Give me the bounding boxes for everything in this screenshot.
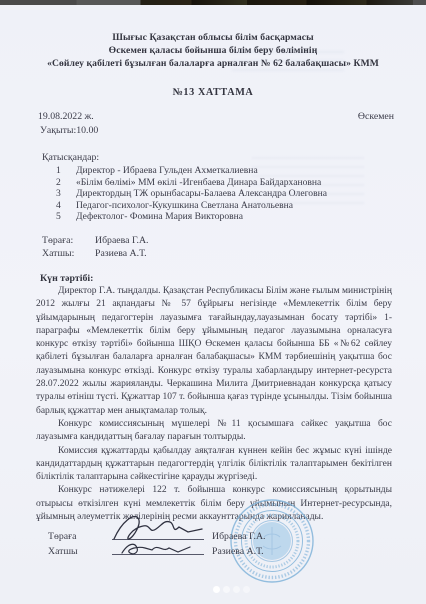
date-city-row: 19.08.2022 ж. Өскемен bbox=[38, 111, 394, 122]
participant-row: 1Директор - Ибраева Гульден Ахметкалиевн… bbox=[56, 165, 426, 177]
secretary-label: Хатшы: bbox=[42, 247, 95, 261]
participant-text: Директордың ТЖ орынбасары-Балаева Алекса… bbox=[76, 188, 327, 200]
document-title: №13 ХАТТАМА bbox=[0, 87, 426, 98]
chair-row: Төраға: Ибраева Г.А. bbox=[42, 234, 426, 248]
agenda-heading: Күн тәртібі: bbox=[40, 273, 426, 284]
chair-signature-row: Төраға Ибраева Г.А. bbox=[48, 527, 378, 542]
signature-block: Төраға Ибраева Г.А. Хатшы Разиева А.Т. bbox=[48, 527, 378, 557]
agenda-paragraph: Директор Г.А. тыңдалды. Қазақстан Респуб… bbox=[36, 285, 392, 418]
agenda-paragraph: Комиссия құжаттарды қабылдау аяқталған к… bbox=[36, 445, 392, 485]
header-line: «Сөйлеу қабілеті бұзылған балаларға арна… bbox=[0, 57, 426, 70]
secretary-name: Разиева А.Т. bbox=[95, 247, 147, 261]
chair-name: Ибраева Г.А. bbox=[95, 234, 148, 248]
participant-number: 3 bbox=[56, 188, 76, 200]
participant-number: 4 bbox=[56, 200, 76, 212]
secretary-signature-icon bbox=[108, 540, 198, 558]
participant-text: Дефектолог- Фомина Мария Викторовна bbox=[76, 211, 243, 223]
participant-number: 5 bbox=[56, 211, 76, 223]
document-date: 19.08.2022 ж. bbox=[38, 111, 94, 122]
chair-signature-line bbox=[112, 526, 204, 540]
carousel-dot[interactable] bbox=[223, 586, 230, 593]
agenda-paragraph: Конкурс нәтижелері 122 т. бойынша конкур… bbox=[36, 484, 392, 524]
agenda-paragraph: Конкурс комиссиясының мүшелері №11 қосым… bbox=[36, 418, 392, 445]
photo-viewer: Шығыс Қазақстан облысы білім басқармасы … bbox=[0, 0, 426, 604]
agenda-body: Директор Г.А. тыңдалды. Қазақстан Респуб… bbox=[36, 285, 392, 524]
chair-signature-icon bbox=[108, 513, 208, 543]
document-city: Өскемен bbox=[358, 111, 394, 122]
chair-label: Төраға: bbox=[42, 234, 95, 248]
header-line: Шығыс Қазақстан облысы білім басқармасы bbox=[0, 31, 426, 44]
secretary-row: Хатшы: Разиева А.Т. bbox=[42, 247, 426, 261]
participant-row: 4Педагог-психолог-Кукушкина Светлана Ана… bbox=[56, 200, 426, 212]
participant-row: 2«Білім бөлімі» ММ өкілі -Игенбаева Дина… bbox=[56, 177, 426, 189]
secretary-signature-line bbox=[112, 541, 204, 555]
participant-text: Директор - Ибраева Гульден Ахметкалиевна bbox=[76, 165, 258, 177]
officials-block: Төраға: Ибраева Г.А. Хатшы: Разиева А.Т. bbox=[42, 234, 426, 261]
participant-number: 1 bbox=[56, 165, 76, 177]
carousel-dot[interactable] bbox=[213, 586, 220, 593]
chair-sign-name: Ибраева Г.А. bbox=[212, 531, 265, 542]
participants-label: Қатысқандар: bbox=[42, 152, 426, 163]
participants-list: 1Директор - Ибраева Гульден Ахметкалиевн… bbox=[56, 165, 426, 223]
secretary-sign-name: Разиева А.Т. bbox=[212, 546, 264, 557]
header-line: Өскемен қаласы бойынша білім беру бөлімі… bbox=[0, 44, 426, 57]
chair-sign-label: Төраға bbox=[48, 531, 106, 542]
document-time: Уақыты:10.00 bbox=[40, 125, 426, 136]
scanned-document-page: Шығыс Қазақстан облысы білім басқармасы … bbox=[0, 5, 426, 604]
secretary-sign-label: Хатшы bbox=[48, 546, 106, 557]
secretary-signature-row: Хатшы Разиева А.Т. bbox=[48, 542, 378, 557]
participant-number: 2 bbox=[56, 177, 76, 189]
carousel-dot[interactable] bbox=[233, 586, 240, 593]
participant-row: 5Дефектолог- Фомина Мария Викторовна bbox=[56, 211, 426, 223]
carousel-dot[interactable] bbox=[243, 586, 250, 593]
participant-text: Педагог-психолог-Кукушкина Светлана Анат… bbox=[76, 200, 293, 212]
carousel-page-dots[interactable] bbox=[213, 586, 250, 593]
document-header: Шығыс Қазақстан облысы білім басқармасы … bbox=[0, 31, 426, 70]
participant-text: «Білім бөлімі» ММ өкілі -Игенбаева Динар… bbox=[76, 177, 321, 189]
participant-row: 3Директордың ТЖ орынбасары-Балаева Алекс… bbox=[56, 188, 426, 200]
